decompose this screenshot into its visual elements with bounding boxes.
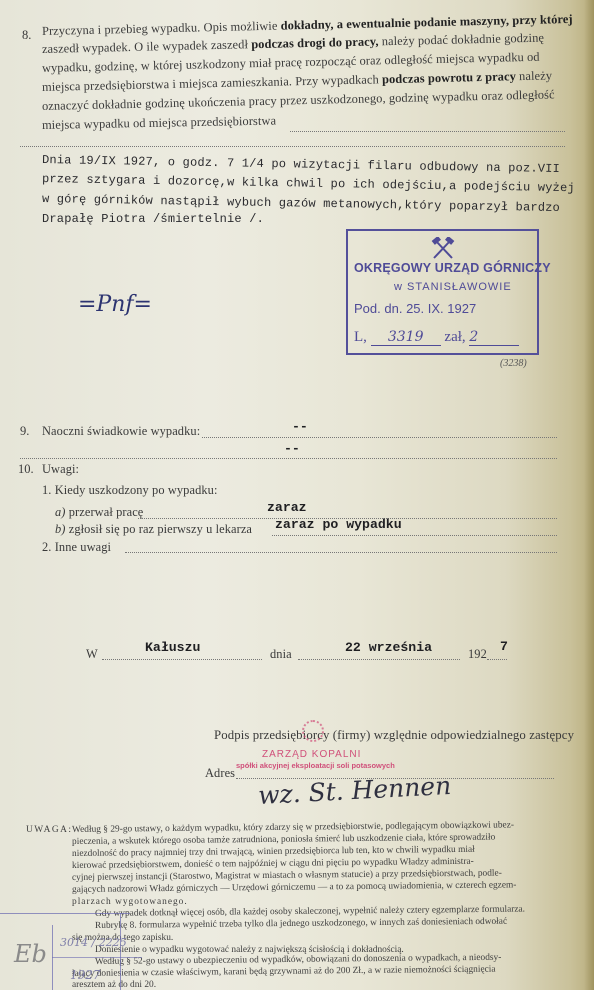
mining-office-stamp: OKRĘGOWY URZĄD GÓRNICZY w STANISŁAWOWIE …: [346, 229, 539, 355]
remarks-q2: 2. Inne uwagi: [42, 540, 111, 555]
notice-line: łający doniesienia w czasie właściwym, k…: [72, 965, 496, 979]
section-9-label: Naoczni świadkowie wypadku:: [42, 424, 200, 439]
stamp-received-date: Pod. dn. 25. IX. 1927: [354, 301, 476, 316]
fill-line: [20, 146, 565, 147]
answer-line-4: Drapałę Piotra /śmiertelnie /.: [42, 212, 264, 226]
stamp-office-city: w STANISŁAWOWIE: [394, 281, 512, 293]
attachment-number: 2: [469, 329, 519, 346]
other-remarks-line: [125, 552, 557, 553]
answer-line-2: przez sztygara i dozorcę,w kilka chwil p…: [42, 172, 575, 195]
doctor-visit-line: [272, 535, 557, 536]
received-label: Pod. dn.: [354, 301, 402, 316]
section-10-label: Uwagi:: [42, 462, 79, 477]
remarks-q1: 1. Kiedy uszkodzony po wypadku:: [42, 483, 218, 498]
year-line: [487, 659, 507, 660]
text: należy: [516, 68, 552, 83]
section-10-number: 10.: [18, 462, 34, 477]
stamp-note-number: (3238): [500, 358, 527, 369]
accident-report-page: 8. Przyczyna i przebieg wypadku. Opis mo…: [0, 0, 594, 990]
notice-line: gających nadzorowi Władz górniczych — Ur…: [72, 880, 517, 895]
date-line: [298, 659, 460, 660]
section-8-number: 8.: [22, 28, 31, 43]
registry-number: 3014 / 2225: [60, 936, 127, 949]
date-label: dnia: [270, 647, 292, 662]
label: zgłosił się po raz pierwszy u lekarza: [69, 522, 252, 536]
crossed-hammers-icon: [430, 237, 456, 259]
stop-work-value: zaraz: [267, 500, 307, 515]
place-line: [102, 659, 262, 660]
year-prefix: 192: [468, 647, 487, 662]
handwritten-signature: wz. St. Hennen: [257, 771, 451, 810]
registry-stamp-border: [120, 913, 121, 990]
text: zaszedł wypadek. O ile wypadek zaszedł: [42, 37, 252, 56]
pencil-mark: Eb: [14, 940, 47, 968]
ref-number: 3319: [371, 329, 441, 346]
text-bold: podczas powrotu z pracy: [382, 69, 516, 86]
section-8-line-6: miejsca wypadku od miejsca przedsiębiors…: [42, 114, 276, 133]
registry-stamp-border: [52, 957, 142, 958]
remarks-q1a: a) przerwał pracę: [55, 505, 143, 520]
rose-stamp-icon: [302, 720, 324, 742]
signature-label: Podpis przedsiębiorcy (firmy) względnie …: [214, 728, 574, 743]
notice-line: Rubrykę 8. formularza wypełnić trzeba ty…: [95, 917, 507, 931]
text: miejsca przedsiębiorstwa i miejsca zamie…: [42, 72, 382, 94]
section-9-number: 9.: [20, 424, 29, 439]
witnesses-value-1: --: [292, 419, 308, 434]
handwritten-initials: =Pnf=: [78, 292, 152, 317]
registry-stamp-border: [0, 913, 130, 914]
prefix: a): [55, 505, 66, 519]
company-stamp-line-1: ZARZĄD KOPALNI: [262, 749, 361, 760]
place-value: Kałuszu: [145, 640, 200, 655]
text: należy podać dokładnie godzinę: [378, 31, 544, 49]
ref-label: L,: [354, 329, 367, 345]
company-stamp-line-2: spółki akcyjnej eksploatacji soli potaso…: [236, 761, 395, 770]
date-value: 22 września: [345, 640, 432, 655]
text: Przyczyna i przebieg wypadku. Opis możli…: [42, 19, 281, 38]
fill-line: [290, 131, 565, 132]
address-label: Adres: [205, 766, 235, 781]
witnesses-value-2: --: [284, 441, 300, 456]
witnesses-line: [202, 437, 557, 438]
text-bold: dokładny, a ewentualnie podanie maszyny,…: [281, 12, 573, 33]
attachment-label: zał,: [444, 329, 465, 345]
witnesses-line-2: [20, 458, 557, 459]
text-bold: podczas drogi do pracy,: [251, 34, 379, 51]
place-label: W: [86, 647, 98, 662]
notice-label: UWAGA:: [26, 825, 73, 835]
remarks-q1b: b) zgłosił się po raz pierwszy u lekarza: [55, 522, 252, 537]
stamp-reference: L, 3319 zał, 2: [354, 329, 519, 346]
registry-year: 1927: [70, 968, 101, 982]
notice-line: plarzach wygotowanego.: [72, 897, 188, 907]
year-suffix: 7: [500, 639, 508, 654]
prefix: b): [55, 522, 66, 536]
received-date: 25. IX. 1927: [406, 301, 476, 316]
doctor-visit-value: zaraz po wypadku: [275, 517, 402, 532]
stamp-office-name: OKRĘGOWY URZĄD GÓRNICZY: [354, 261, 551, 275]
page-edge-shadow: [584, 0, 594, 990]
label: przerwał pracę: [69, 505, 144, 519]
